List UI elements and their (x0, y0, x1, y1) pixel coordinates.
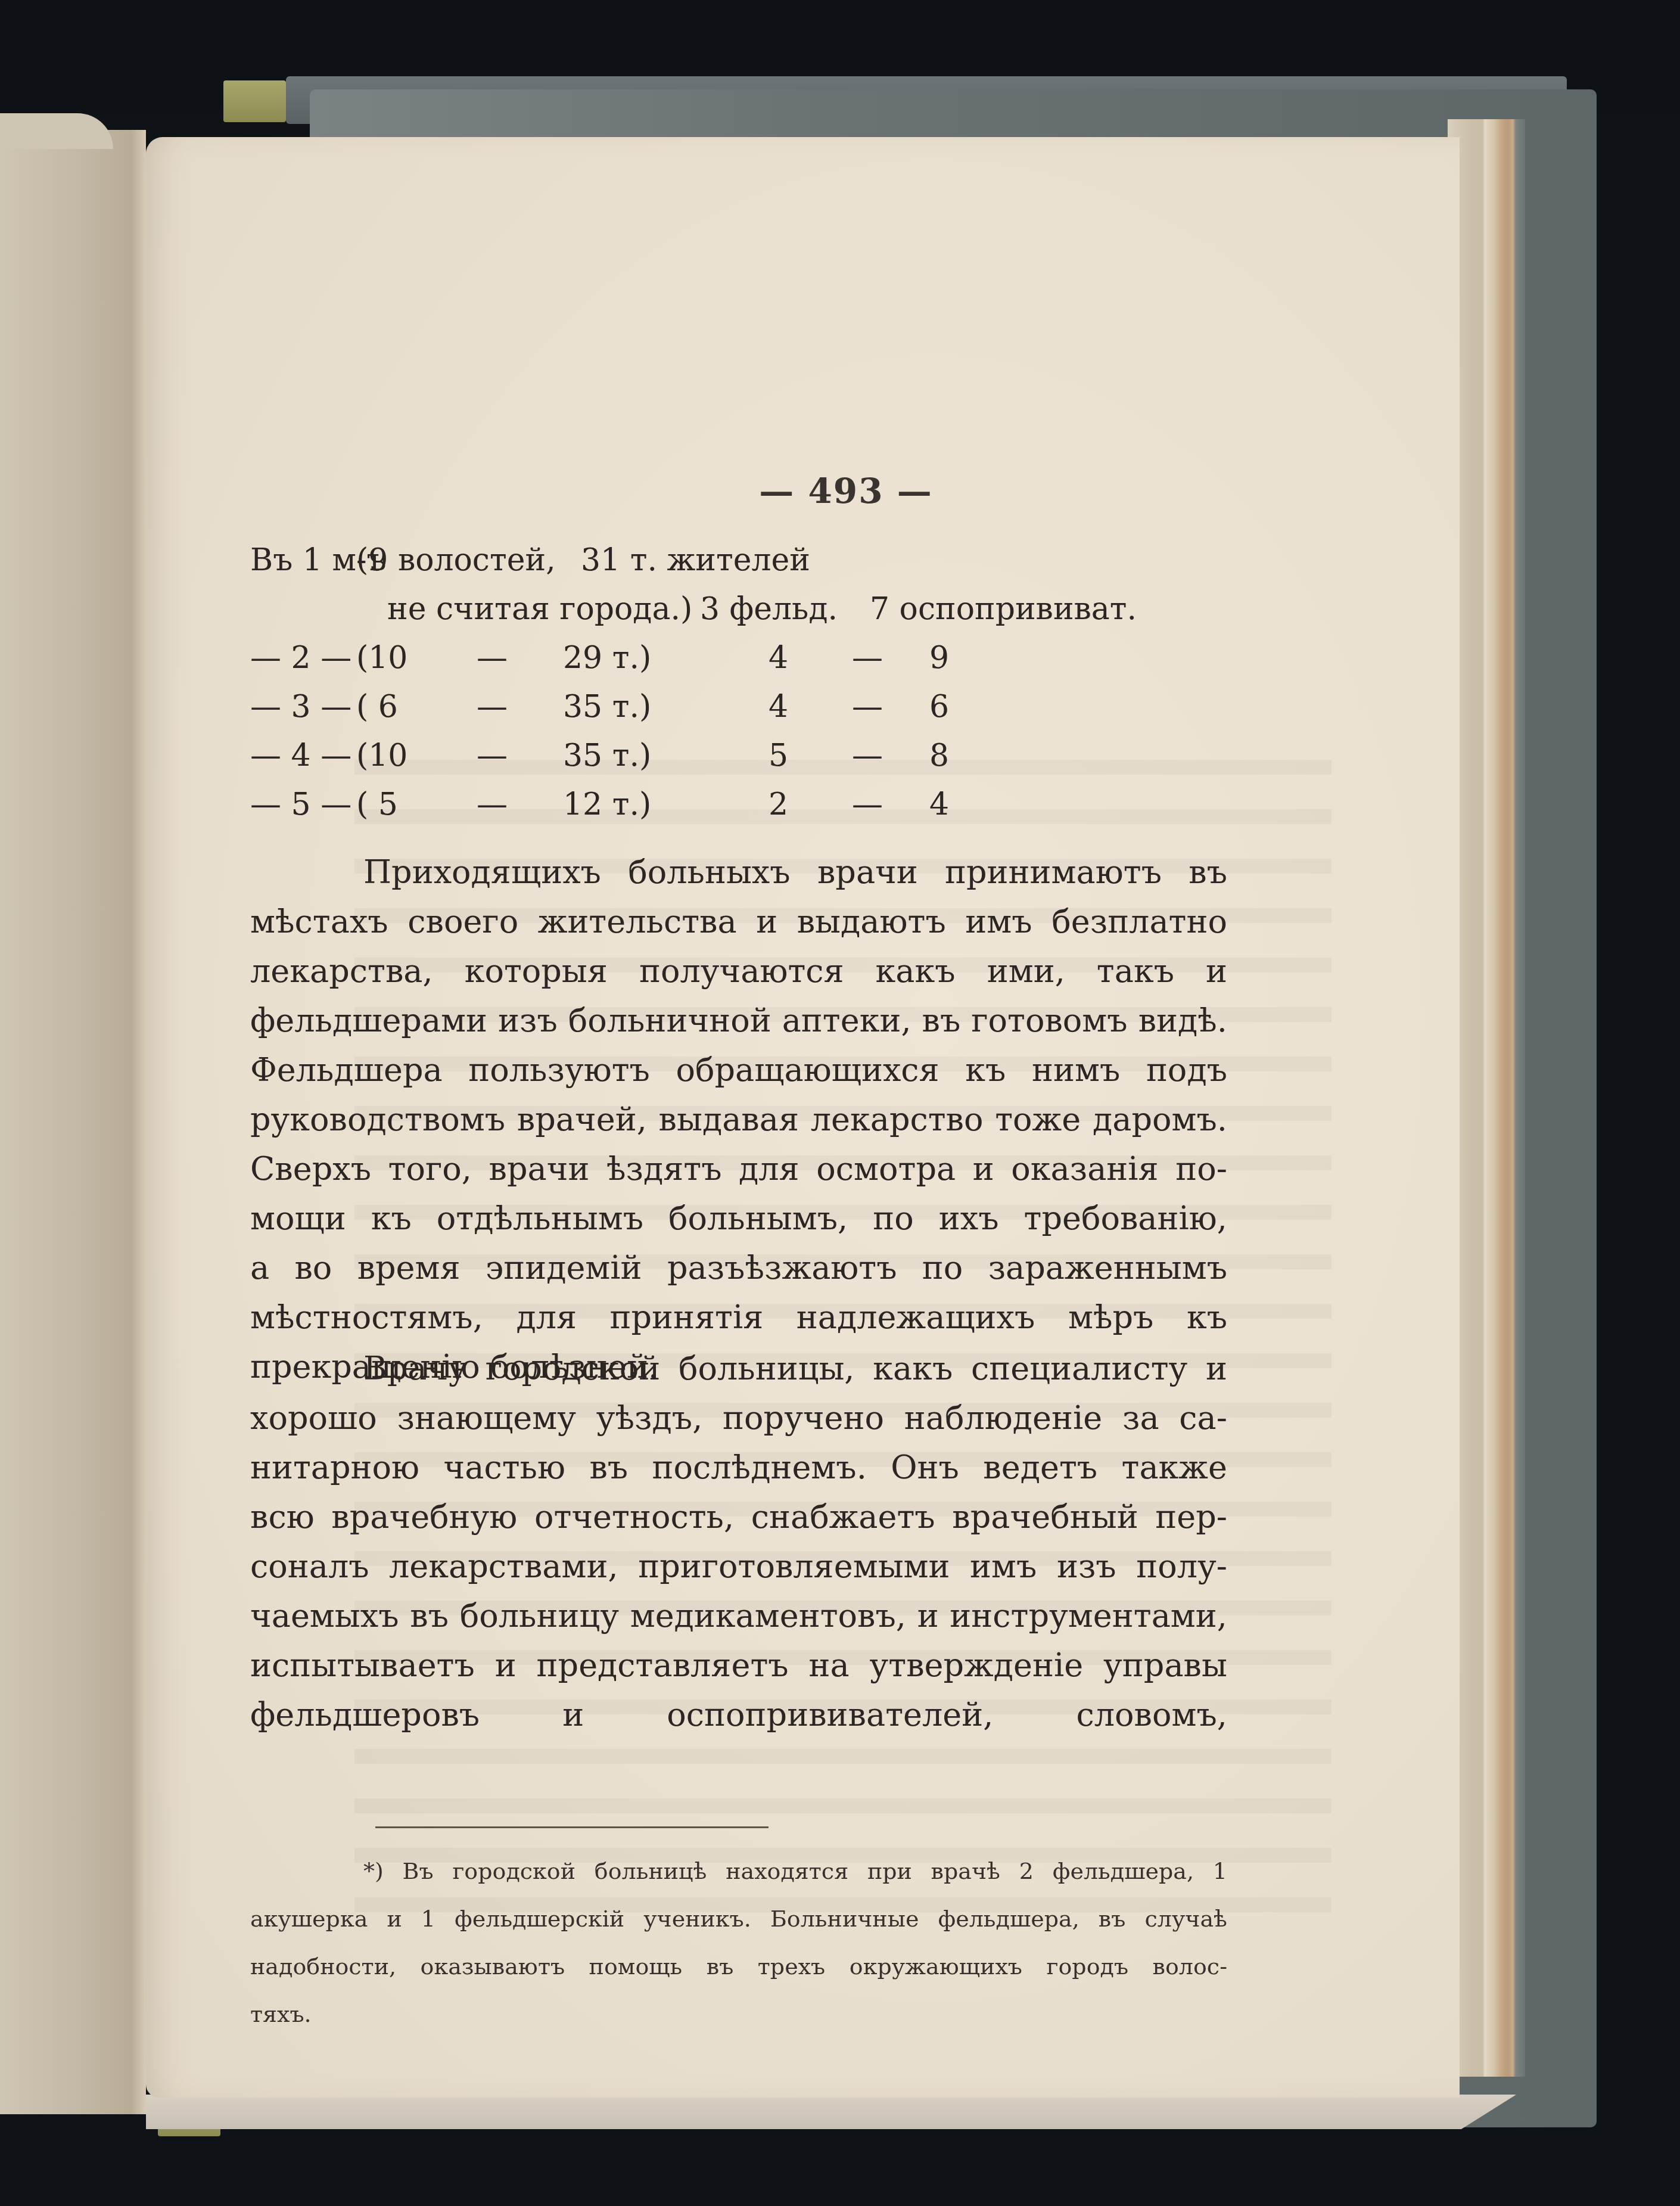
table-cell-dash: — (477, 787, 508, 822)
table-cell-vaccinators: 6 (929, 689, 949, 725)
text-line: чаемыхъ въ больницу медикаментовъ, и инс… (250, 1591, 1227, 1640)
table-cell-vaccinators: 8 (929, 738, 949, 773)
table-cell-volosts: (10 (356, 738, 407, 773)
footnote-line: акушерка и 1 фельдшерскій ученикъ. Больн… (250, 1895, 1227, 1943)
table-header-row-1: Въ 1 м-ъ (9 волостей, 31 т. жителей (250, 542, 1227, 591)
table-cell-district: — 3 — (250, 689, 351, 725)
table-cell: 7 оспопрививат. (870, 591, 1137, 627)
text-line: соналъ лекарствами, приготовляемыми имъ … (250, 1542, 1227, 1591)
table-cell: (9 волостей, (356, 542, 556, 578)
table-cell-feldshers: 4 (769, 640, 788, 676)
table-cell-dash: — (852, 738, 883, 773)
table-cell-vaccinators: 4 (929, 787, 949, 822)
table-cell-feldshers: 2 (769, 787, 788, 822)
text-line: мѣстностямъ, для принятія надлежащихъ мѣ… (250, 1292, 1227, 1342)
text-line: а во время эпидемій разъѣзжаютъ по зараж… (250, 1243, 1227, 1292)
table-cell-dash: — (852, 640, 883, 676)
text-line: Приходящихъ больныхъ врачи принимаютъ въ (250, 847, 1227, 897)
footnote-line: *) Въ городской больницѣ находятся при в… (250, 1847, 1227, 1895)
text-line: всю врачебную отчетность, снабжаетъ врач… (250, 1492, 1227, 1542)
table-cell-volosts: ( 6 (356, 689, 398, 725)
table-cell-inhabitants: 35 т.) (563, 689, 651, 725)
footnote: *) Въ городской больницѣ находятся при в… (250, 1847, 1227, 2038)
book-page-recto: — 493 — Въ 1 м-ъ (9 волостей, 31 т. жите… (146, 137, 1460, 2098)
table-cell: не считая города.) (387, 591, 692, 627)
table-cell: 31 т. жителей (581, 542, 810, 578)
text-line: мѣстахъ своего жительства и выдаютъ имъ … (250, 897, 1227, 946)
footnote-divider (375, 1826, 769, 1828)
table-cell-dash: — (852, 689, 883, 725)
table-cell-feldshers: 5 (769, 738, 788, 773)
paragraph-city-hospital-doctor: Врачу городской больницы, какъ специалис… (250, 1344, 1227, 1739)
text-line: Врачу городской больницы, какъ специалис… (250, 1344, 1227, 1393)
table-cell-district: — 4 — (250, 738, 351, 773)
page-number: — 493 — (250, 471, 1442, 511)
district-staff-table: Въ 1 м-ъ (9 волостей, 31 т. жителей не с… (250, 542, 1227, 835)
table-cell-inhabitants: 29 т.) (563, 640, 651, 676)
text-line: нитарною частью въ послѣднемъ. Онъ ведет… (250, 1443, 1227, 1492)
text-line: фельдшеровъ и оспопрививателей, словомъ,… (250, 1690, 1227, 1739)
table-cell-district: — 5 — (250, 787, 351, 822)
text-line: испытываетъ и представляетъ на утвержден… (250, 1640, 1227, 1690)
table-row: — 5 — ( 5 — 12 т.) 2 — 4 (250, 787, 1227, 835)
table-row: — 2 — (10 — 29 т.) 4 — 9 (250, 640, 1227, 689)
footnote-line: тяхъ. (250, 1990, 1227, 2038)
table-row: — 3 — ( 6 — 35 т.) 4 — 6 (250, 689, 1227, 738)
footnote-line: надобности, оказываютъ помощь въ трехъ о… (250, 1943, 1227, 1990)
table-cell-volosts: ( 5 (356, 787, 398, 822)
table-cell-dash: — (477, 640, 508, 676)
table-header-row-2: не считая города.) 3 фельд. 7 оспопривив… (250, 591, 1227, 640)
text-line: мощи къ отдѣльнымъ больнымъ, по ихъ треб… (250, 1194, 1227, 1243)
text-line: Сверхъ того, врачи ѣздятъ для осмотра и … (250, 1144, 1227, 1194)
text-line: Фельдшера пользуютъ обращающихся къ нимъ… (250, 1045, 1227, 1095)
page-block-bottom-edge (146, 2095, 1516, 2129)
text-line: лекарства, которыя получаются какъ ими, … (250, 946, 1227, 996)
text-line: фельдшерами изъ больничной аптеки, въ го… (250, 996, 1227, 1045)
table-cell-dash: — (477, 689, 508, 725)
table-cell: 3 фельд. (700, 591, 838, 627)
text-line: хорошо знающему уѣздъ, поручено наблюден… (250, 1393, 1227, 1443)
table-cell-feldshers: 4 (769, 689, 788, 725)
table-row: — 4 — (10 — 35 т.) 5 — 8 (250, 738, 1227, 787)
table-cell-dash: — (477, 738, 508, 773)
table-cell-vaccinators: 9 (929, 640, 949, 676)
book-headband-top (223, 80, 286, 122)
table-cell-district: — 2 — (250, 640, 351, 676)
table-cell-inhabitants: 35 т.) (563, 738, 651, 773)
left-page-curl (0, 130, 146, 2114)
paragraph-outpatients: Приходящихъ больныхъ врачи принимаютъ въ… (250, 847, 1227, 1391)
table-cell-volosts: (10 (356, 640, 407, 676)
table-cell-inhabitants: 12 т.) (563, 787, 651, 822)
text-line: руководствомъ врачей, выдавая лекарство … (250, 1095, 1227, 1144)
table-cell-dash: — (852, 787, 883, 822)
